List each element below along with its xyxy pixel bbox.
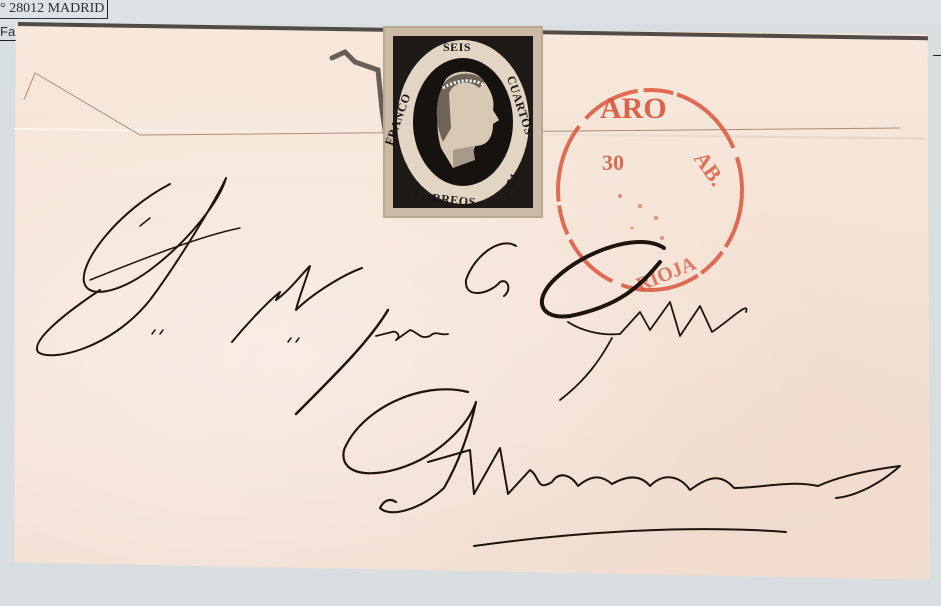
handwritten-address: Sr. D. Juan Co Gallifa xyxy=(0,0,941,606)
